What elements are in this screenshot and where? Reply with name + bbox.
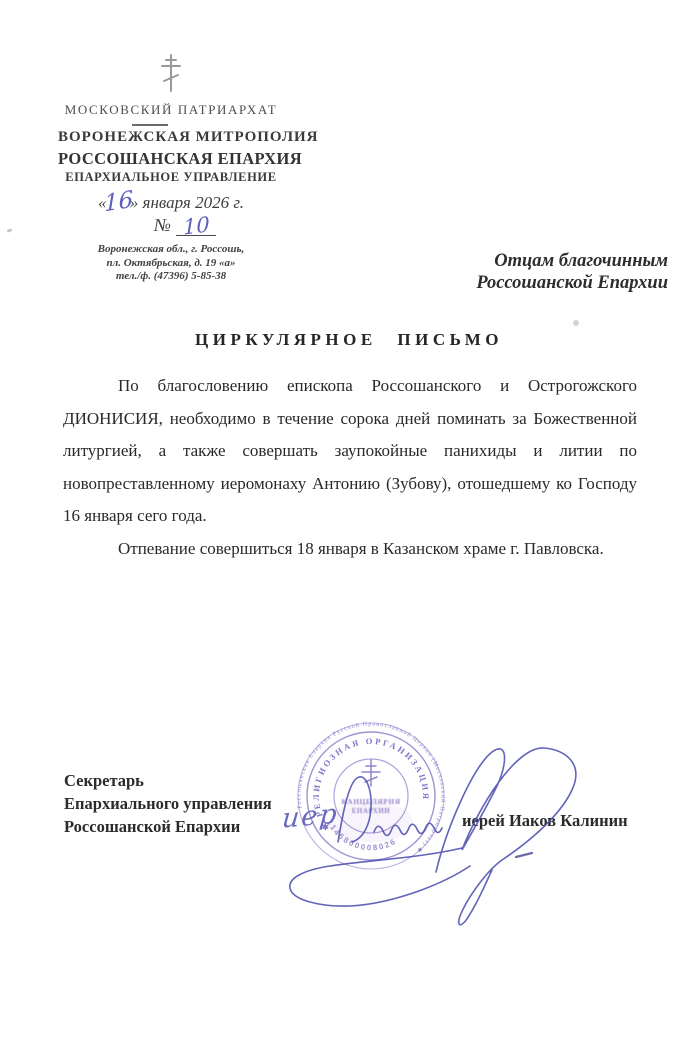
document-title: ЦИРКУЛЯРНОЕ ПИСЬМО (0, 330, 698, 350)
addressee-block: Отцам благочинным Россошанской Епархии (476, 250, 668, 294)
addressee-line-2: Россошанской Епархии (476, 272, 668, 294)
patriarchate-line: МОСКОВСКИЙ ПАТРИАРХАТ (58, 102, 284, 118)
eparchy-line: РОССОШАНСКАЯ ЕПАРХИЯ (58, 149, 284, 169)
scanned-letter-page: МОСКОВСКИЙ ПАТРИАРХАТ ВОРОНЕЖСКАЯ МИТРОП… (0, 0, 698, 1047)
body-paragraph-1: По благословению епископа Россошанского … (63, 370, 637, 533)
address-line-3: тел./ф. (47396) 5-85-38 (58, 270, 284, 284)
handwritten-signature (240, 690, 590, 960)
ink-dash (516, 853, 532, 857)
address-line-2: пл. Октябрьская, д. 19 «а» (58, 257, 284, 271)
department-line: ЕПАРХИАЛЬНОЕ УПРАВЛЕНИЕ (58, 170, 284, 185)
metropolia-line: ВОРОНЕЖСКАЯ МИТРОПОЛИЯ (58, 129, 284, 146)
scan-speck (573, 320, 579, 326)
letterhead-divider (132, 124, 168, 126)
orthodox-cross-icon (58, 52, 284, 94)
number-underline: 10 (176, 214, 216, 236)
addressee-line-1: Отцам благочинным (476, 250, 668, 272)
scan-speck (7, 228, 13, 232)
number-label: № (154, 215, 171, 235)
letterhead-address: Воронежская обл., г. Россошь, пл. Октябр… (58, 243, 284, 284)
letter-body: По благословению епископа Россошанского … (63, 370, 637, 566)
body-paragraph-2: Отпевание совершиться 18 января в Казанс… (63, 533, 637, 566)
letterhead: МОСКОВСКИЙ ПАТРИАРХАТ ВОРОНЕЖСКАЯ МИТРОП… (58, 52, 284, 284)
address-line-1: Воронежская обл., г. Россошь, (58, 243, 284, 257)
date-rest: » января 2026 г. (130, 193, 244, 212)
handwritten-day: 16 (103, 187, 132, 218)
handwritten-number: 10 (183, 214, 210, 237)
number-line: №10 (72, 214, 298, 236)
date-line: «16» января 2026 г. (58, 188, 284, 214)
